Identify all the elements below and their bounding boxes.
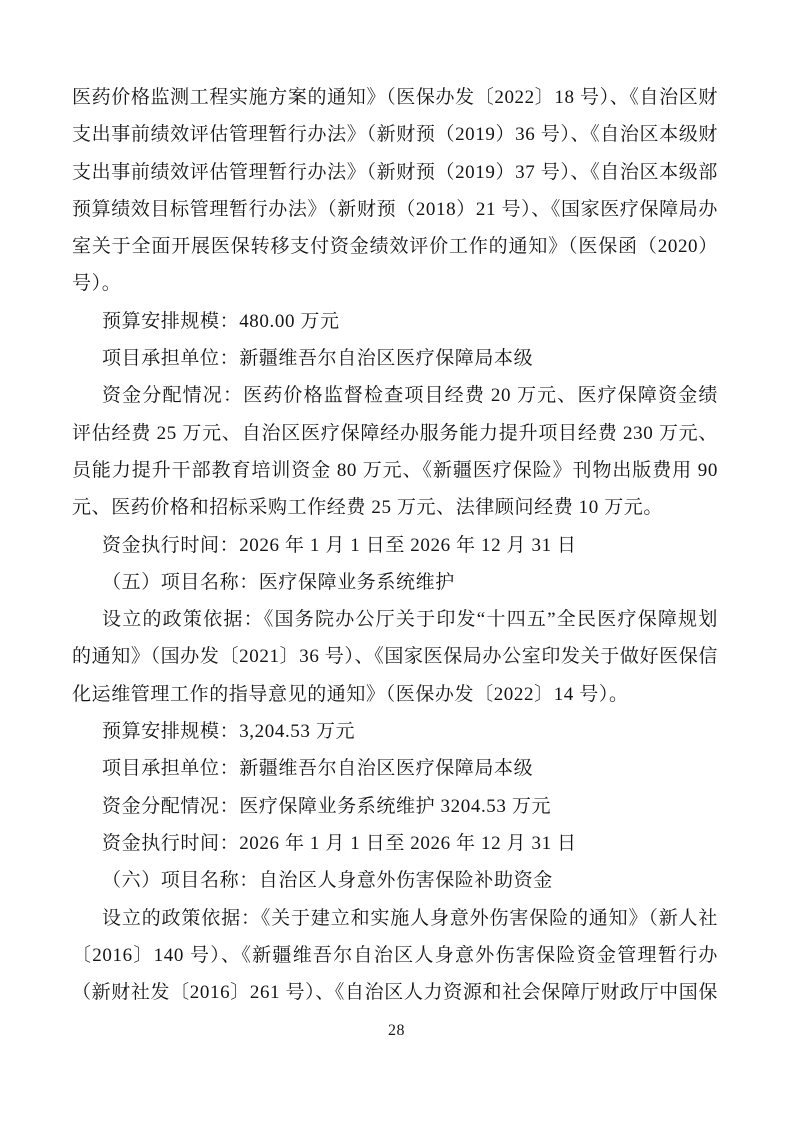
text-line: 的通知》（国办发〔2021〕36 号）、《国家医保局办公室印发关于做好医保信息 — [72, 638, 718, 675]
text-line-budget-scale: 预算安排规模：480.00 万元 — [72, 303, 718, 340]
text-line-undertaking-unit: 项目承担单位：新疆维吾尔自治区医疗保障局本级 — [72, 750, 718, 787]
text-line: 〔2016〕140 号）、《新疆维吾尔自治区人身意外伤害保险资金管理暂行办法》 — [72, 937, 718, 974]
document-page: 医药价格监测工程实施方案的通知》（医保办发〔2022〕18 号）、《自治区财政 … — [0, 0, 793, 1122]
text-line-undertaking-unit: 项目承担单位：新疆维吾尔自治区医疗保障局本级 — [72, 340, 718, 377]
text-line: 室关于全面开展医保转移支付资金绩效评价工作的通知》（医保函（2020）3 — [72, 228, 718, 265]
text-line: （新财社发〔2016〕261 号）、《自治区人力资源和社会保障厅财政厅中国保险 — [72, 974, 718, 1011]
text-line: 员能力提升干部教育培训资金 80 万元、《新疆医疗保险》刊物出版费用 90 万 — [72, 452, 718, 489]
text-line: 医药价格监测工程实施方案的通知》（医保办发〔2022〕18 号）、《自治区财政 — [72, 79, 718, 116]
text-line: 预算绩效目标管理暂行办法》（新财预（2018）21 号）、《国家医疗保障局办公 — [72, 191, 718, 228]
text-line-policy-basis: 设立的政策依据：《关于建立和实施人身意外伤害保险的通知》（新人社发 — [72, 900, 718, 937]
text-line-project-6-title: （六）项目名称：自治区人身意外伤害保险补助资金 — [72, 862, 718, 899]
text-line-project-5-title: （五）项目名称：医疗保障业务系统维护 — [72, 564, 718, 601]
text-line-policy-basis: 设立的政策依据：《国务院办公厅关于印发“十四五”全民医疗保障规划 — [72, 601, 718, 638]
text-line: 号）。 — [72, 265, 718, 302]
text-line: 元、医药价格和招标采购工作经费 25 万元、法律顾问经费 10 万元。 — [72, 489, 718, 526]
text-line-execution-time: 资金执行时间：2026 年 1 月 1 日至 2026 年 12 月 31 日 — [72, 527, 718, 564]
text-line: 化运维管理工作的指导意见的通知》（医保办发〔2022〕14 号）。 — [72, 676, 718, 713]
text-line-execution-time: 资金执行时间：2026 年 1 月 1 日至 2026 年 12 月 31 日 — [72, 825, 718, 862]
text-line: 支出事前绩效评估管理暂行办法》（新财预（2019）37 号）、《自治区本级部门 — [72, 154, 718, 191]
document-body: 医药价格监测工程实施方案的通知》（医保办发〔2022〕18 号）、《自治区财政 … — [72, 79, 718, 1011]
text-line: 评估经费 25 万元、自治区医疗保障经办服务能力提升项目经费 230 万元、人 — [72, 415, 718, 452]
text-line-fund-allocation: 资金分配情况：医疗保障业务系统维护 3204.53 万元 — [72, 788, 718, 825]
text-line-fund-allocation: 资金分配情况：医药价格监督检查项目经费 20 万元、医疗保障资金绩效 — [72, 377, 718, 414]
text-line: 支出事前绩效评估管理暂行办法》（新财预（2019）36 号）、《自治区本级财政 — [72, 116, 718, 153]
text-line-budget-scale: 预算安排规模：3,204.53 万元 — [72, 713, 718, 750]
page-number: 28 — [0, 1022, 793, 1040]
